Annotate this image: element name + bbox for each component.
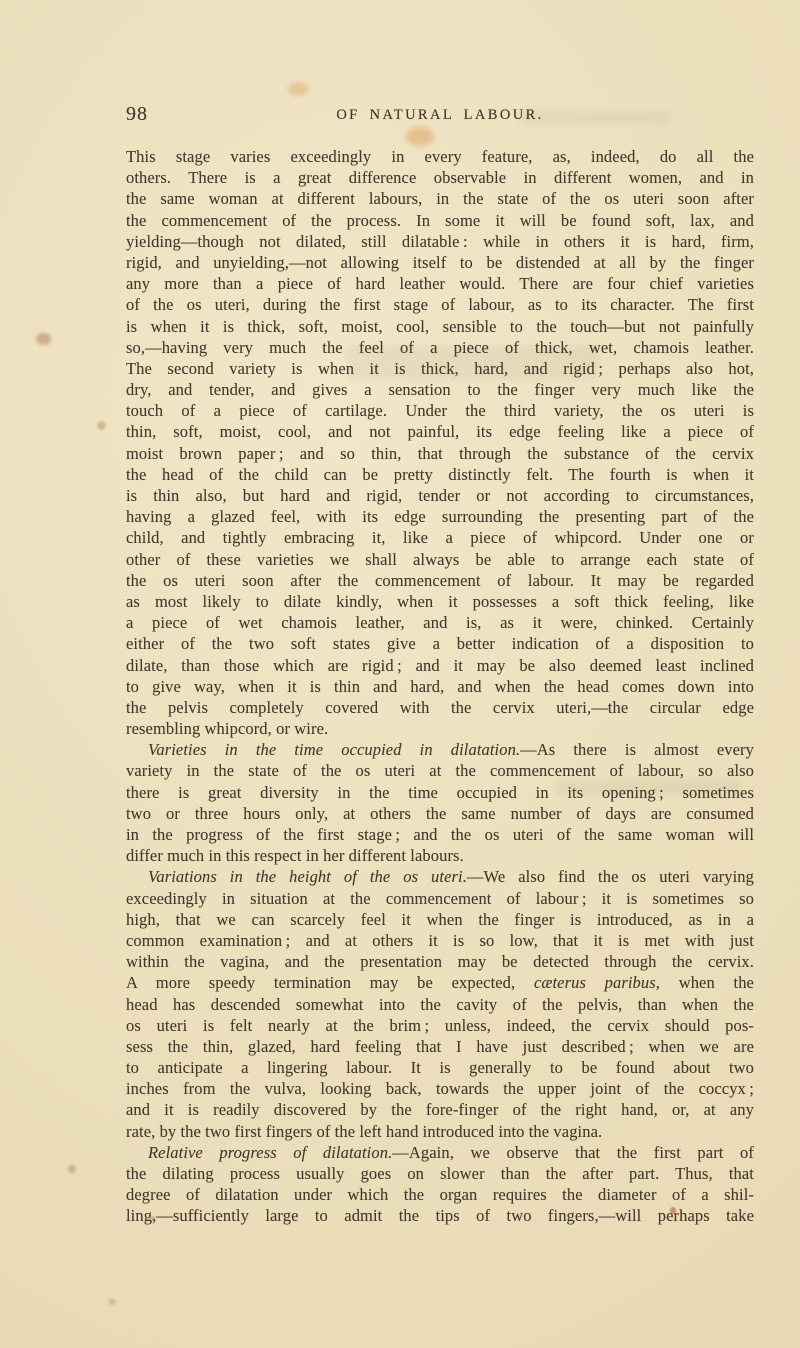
text-line: degree of dilatation under which the org… xyxy=(126,1184,754,1205)
text-line: two or three hours only, at others the s… xyxy=(126,803,754,824)
text-line: to anticipate a lingering labour. It is … xyxy=(126,1057,754,1078)
text-line: differ much in this respect in her diffe… xyxy=(126,845,754,866)
text-line: either of the two soft states give a bet… xyxy=(126,633,754,654)
text-line: yielding—though not dilated, still dilat… xyxy=(126,231,754,252)
text-line: other of these varieties we shall always… xyxy=(126,549,754,570)
text-line: the pelvis completely covered with the c… xyxy=(126,697,754,718)
text-line: others. There is a great difference obse… xyxy=(126,167,754,188)
text-line: child, and tightly embracing it, like a … xyxy=(126,527,754,548)
text-line: and it is readily discovered by the fore… xyxy=(126,1099,754,1120)
text-line: having a glazed feel, with its edge surr… xyxy=(126,506,754,527)
text-line: head has descended somewhat into the cav… xyxy=(126,994,754,1015)
foxing-spot xyxy=(97,421,106,430)
text-line: The second variety is when it is thick, … xyxy=(126,358,754,379)
foxing-spot xyxy=(109,1299,116,1305)
paragraph: Varieties in the time occupied in dilata… xyxy=(126,739,754,866)
text-line: touch of a piece of cartilage. Under the… xyxy=(126,400,754,421)
foxing-spot xyxy=(36,333,51,345)
text-line: dilate, than those which are rigid ; and… xyxy=(126,655,754,676)
text-line: high, that we can scarcely feel it when … xyxy=(126,909,754,930)
text-line: resembling whipcord, or wire. xyxy=(126,718,754,739)
text-line: common examination ; and at others it is… xyxy=(126,930,754,951)
text-line: variety in the state of the os uteri at … xyxy=(126,760,754,781)
running-header: 98 OF NATURAL LABOUR. xyxy=(126,103,754,129)
text-line: as most likely to dilate kindly, when it… xyxy=(126,591,754,612)
text-line: os uteri is felt nearly at the brim ; un… xyxy=(126,1015,754,1036)
foxing-spot xyxy=(68,1165,76,1173)
text-line: exceedingly in situation at the commence… xyxy=(126,888,754,909)
page-body: This stage varies exceedingly in every f… xyxy=(126,146,754,1227)
paragraph: Relative progress of dilatation.—Again, … xyxy=(126,1142,754,1227)
text-line: ling,—sufficiently large to admit the ti… xyxy=(126,1205,754,1226)
text-line: to give way, when it is thin and hard, a… xyxy=(126,676,754,697)
text-line: rigid, and unyielding,—not allowing itse… xyxy=(126,252,754,273)
text-line: the commencement of the process. In some… xyxy=(126,210,754,231)
foxing-spot xyxy=(406,127,434,146)
paragraph: Variations in the height of the os uteri… xyxy=(126,866,754,1141)
text-line: is thin also, but hard and rigid, tender… xyxy=(126,485,754,506)
text-line: rate, by the two first fingers of the le… xyxy=(126,1121,754,1142)
text-line: sess the thin, glazed, hard feeling that… xyxy=(126,1036,754,1057)
text-line: any more than a piece of hard leather wo… xyxy=(126,273,754,294)
text-line: is when it is thick, soft, moist, cool, … xyxy=(126,316,754,337)
text-line: so,—having very much the feel of a piece… xyxy=(126,337,754,358)
text-line: within the vagina, and the presentation … xyxy=(126,951,754,972)
text-line: in the progress of the first stage ; and… xyxy=(126,824,754,845)
text-line: the same woman at different labours, in … xyxy=(126,188,754,209)
text-line: Variations in the height of the os uteri… xyxy=(126,866,754,887)
text-line: of the os uteri, during the first stage … xyxy=(126,294,754,315)
text-line: This stage varies exceedingly in every f… xyxy=(126,146,754,167)
text-line: there is great diversity in the time occ… xyxy=(126,782,754,803)
text-line: Varieties in the time occupied in dilata… xyxy=(126,739,754,760)
text-line: Relative progress of dilatation.—Again, … xyxy=(126,1142,754,1163)
text-line: the dilating process usually goes on slo… xyxy=(126,1163,754,1184)
foxing-spot xyxy=(288,82,308,96)
text-line: A more speedy termination may be expecte… xyxy=(126,972,754,993)
text-line: a piece of wet chamois leather, and is, … xyxy=(126,612,754,633)
text-line: the os uteri soon after the commencement… xyxy=(126,570,754,591)
text-line: moist brown paper ; and so thin, that th… xyxy=(126,443,754,464)
paragraph: This stage varies exceedingly in every f… xyxy=(126,146,754,739)
text-line: dry, and tender, and gives a sensation t… xyxy=(126,379,754,400)
book-page: 98 OF NATURAL LABOUR. This stage varies … xyxy=(0,0,800,1348)
text-line: the head of the child can be pretty dist… xyxy=(126,464,754,485)
text-line: inches from the vulva, looking back, tow… xyxy=(126,1078,754,1099)
running-title: OF NATURAL LABOUR. xyxy=(126,107,754,124)
text-line: thin, soft, moist, cool, and not painful… xyxy=(126,421,754,442)
